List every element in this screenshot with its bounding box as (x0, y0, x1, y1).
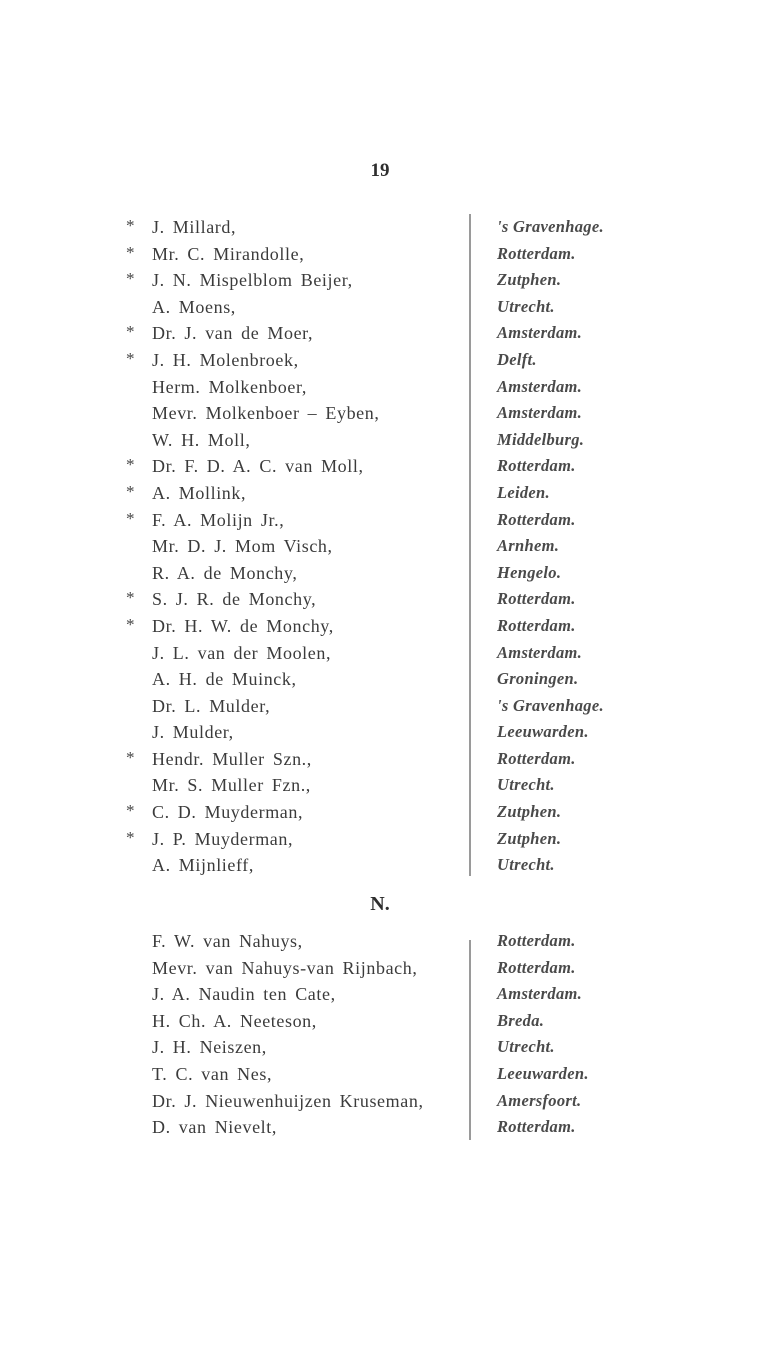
asterisk-marker: * (126, 346, 135, 373)
page-number: 19 (0, 160, 760, 182)
member-place: 's Gravenhage. (497, 693, 604, 720)
list-item: Mevr. Molkenboer – Eyben,Amsterdam. (0, 400, 760, 427)
member-name: J. P. Muyderman, (152, 826, 293, 853)
member-place: Amsterdam. (497, 981, 582, 1008)
member-place: Utrecht. (497, 294, 555, 321)
member-place: Zutphen. (497, 826, 561, 853)
member-place: Rotterdam. (497, 1114, 576, 1141)
asterisk-marker: * (126, 266, 135, 293)
member-name: Dr. L. Mulder, (152, 693, 270, 720)
list-item: J. H. Neiszen,Utrecht. (0, 1034, 760, 1061)
member-name: R. A. de Monchy, (152, 560, 297, 587)
list-item: *A. Mollink,Leiden. (0, 480, 760, 507)
list-item: *Dr. J. van de Moer,Amsterdam. (0, 320, 760, 347)
list-item: *Dr. F. D. A. C. van Moll,Rotterdam. (0, 453, 760, 480)
list-item: W. H. Moll,Middelburg. (0, 427, 760, 454)
member-place: Amsterdam. (497, 374, 582, 401)
list-item: Mevr. van Nahuys-van Rijnbach,Rotterdam. (0, 955, 760, 982)
asterisk-marker: * (126, 745, 135, 772)
member-place: Amersfoort. (497, 1088, 581, 1115)
asterisk-marker: * (126, 479, 135, 506)
member-list-m: *J. Millard,'s Gravenhage.*Mr. C. Mirand… (0, 214, 760, 879)
list-item: *S. J. R. de Monchy,Rotterdam. (0, 586, 760, 613)
list-item: Dr. L. Mulder,'s Gravenhage. (0, 693, 760, 720)
list-item: *J. H. Molenbroek,Delft. (0, 347, 760, 374)
member-name: F. A. Molijn Jr., (152, 507, 284, 534)
list-item: *J. N. Mispelblom Beijer,Zutphen. (0, 267, 760, 294)
list-item: Mr. S. Muller Fzn.,Utrecht. (0, 772, 760, 799)
list-item: *J. P. Muyderman,Zutphen. (0, 826, 760, 853)
member-place: Utrecht. (497, 772, 555, 799)
member-name: J. Millard, (152, 214, 236, 241)
member-name: Mevr. Molkenboer – Eyben, (152, 400, 379, 427)
asterisk-marker: * (126, 825, 135, 852)
member-name: C. D. Muyderman, (152, 799, 303, 826)
list-item: A. Moens,Utrecht. (0, 294, 760, 321)
list-item: Dr. J. Nieuwenhuijzen Kruseman,Amersfoor… (0, 1088, 760, 1115)
list-item: F. W. van Nahuys,Rotterdam. (0, 928, 760, 955)
member-place: Rotterdam. (497, 613, 576, 640)
member-place: Zutphen. (497, 267, 561, 294)
list-item: Herm. Molkenboer,Amsterdam. (0, 374, 760, 401)
member-place: Rotterdam. (497, 507, 576, 534)
list-item: *J. Millard,'s Gravenhage. (0, 214, 760, 241)
asterisk-marker: * (126, 240, 135, 267)
member-place: Amsterdam. (497, 320, 582, 347)
member-name: A. Moens, (152, 294, 236, 321)
list-item: J. A. Naudin ten Cate,Amsterdam. (0, 981, 760, 1008)
member-name: Mevr. van Nahuys-van Rijnbach, (152, 955, 417, 982)
list-item: D. van Nievelt,Rotterdam. (0, 1114, 760, 1141)
member-place: Leiden. (497, 480, 550, 507)
member-name: F. W. van Nahuys, (152, 928, 303, 955)
list-item: *F. A. Molijn Jr.,Rotterdam. (0, 507, 760, 534)
member-place: Rotterdam. (497, 586, 576, 613)
member-name: S. J. R. de Monchy, (152, 586, 316, 613)
member-list-n: F. W. van Nahuys,Rotterdam.Mevr. van Nah… (0, 928, 760, 1141)
member-name: Dr. F. D. A. C. van Moll, (152, 453, 364, 480)
member-name: Mr. S. Muller Fzn., (152, 772, 311, 799)
member-place: Leeuwarden. (497, 719, 589, 746)
list-item: A. H. de Muinck,Groningen. (0, 666, 760, 693)
member-name: A. Mijnlieff, (152, 852, 254, 879)
member-name: J. N. Mispelblom Beijer, (152, 267, 353, 294)
list-item: A. Mijnlieff,Utrecht. (0, 852, 760, 879)
member-place: Utrecht. (497, 1034, 555, 1061)
member-name: Dr. H. W. de Monchy, (152, 613, 334, 640)
member-name: J. A. Naudin ten Cate, (152, 981, 336, 1008)
member-place: Arnhem. (497, 533, 559, 560)
member-name: J. L. van der Moolen, (152, 640, 331, 667)
asterisk-marker: * (126, 452, 135, 479)
member-name: Dr. J. van de Moer, (152, 320, 313, 347)
asterisk-marker: * (126, 798, 135, 825)
list-item: Mr. D. J. Mom Visch,Arnhem. (0, 533, 760, 560)
member-name: Herm. Molkenboer, (152, 374, 307, 401)
member-place: Amsterdam. (497, 400, 582, 427)
member-place: Rotterdam. (497, 955, 576, 982)
member-name: J. H. Neiszen, (152, 1034, 267, 1061)
member-place: Utrecht. (497, 852, 555, 879)
member-place: Rotterdam. (497, 746, 576, 773)
asterisk-marker: * (126, 612, 135, 639)
list-item: H. Ch. A. Neeteson,Breda. (0, 1008, 760, 1035)
asterisk-marker: * (126, 506, 135, 533)
member-name: H. Ch. A. Neeteson, (152, 1008, 317, 1035)
list-item: J. Mulder,Leeuwarden. (0, 719, 760, 746)
member-place: Breda. (497, 1008, 544, 1035)
asterisk-marker: * (126, 213, 135, 240)
member-place: Groningen. (497, 666, 578, 693)
list-item: J. L. van der Moolen,Amsterdam. (0, 640, 760, 667)
list-item: *Hendr. Muller Szn.,Rotterdam. (0, 746, 760, 773)
member-name: Hendr. Muller Szn., (152, 746, 312, 773)
member-place: Leeuwarden. (497, 1061, 589, 1088)
list-item: *Mr. C. Mirandolle,Rotterdam. (0, 241, 760, 268)
member-place: 's Gravenhage. (497, 214, 604, 241)
list-item: *C. D. Muyderman,Zutphen. (0, 799, 760, 826)
member-name: J. Mulder, (152, 719, 234, 746)
member-name: D. van Nievelt, (152, 1114, 277, 1141)
member-name: T. C. van Nes, (152, 1061, 272, 1088)
member-name: A. H. de Muinck, (152, 666, 297, 693)
member-place: Amsterdam. (497, 640, 582, 667)
section-heading-n: N. (0, 893, 760, 916)
member-place: Zutphen. (497, 799, 561, 826)
list-item: R. A. de Monchy,Hengelo. (0, 560, 760, 587)
member-place: Rotterdam. (497, 928, 576, 955)
asterisk-marker: * (126, 319, 135, 346)
asterisk-marker: * (126, 585, 135, 612)
member-place: Hengelo. (497, 560, 561, 587)
member-place: Delft. (497, 347, 537, 374)
member-name: J. H. Molenbroek, (152, 347, 299, 374)
member-name: A. Mollink, (152, 480, 246, 507)
member-place: Rotterdam. (497, 453, 576, 480)
member-name: Mr. D. J. Mom Visch, (152, 533, 333, 560)
member-place: Middelburg. (497, 427, 584, 454)
member-place: Rotterdam. (497, 241, 576, 268)
list-item: *Dr. H. W. de Monchy,Rotterdam. (0, 613, 760, 640)
member-name: Dr. J. Nieuwenhuijzen Kruseman, (152, 1088, 424, 1115)
list-item: T. C. van Nes,Leeuwarden. (0, 1061, 760, 1088)
member-name: Mr. C. Mirandolle, (152, 241, 304, 268)
member-name: W. H. Moll, (152, 427, 250, 454)
